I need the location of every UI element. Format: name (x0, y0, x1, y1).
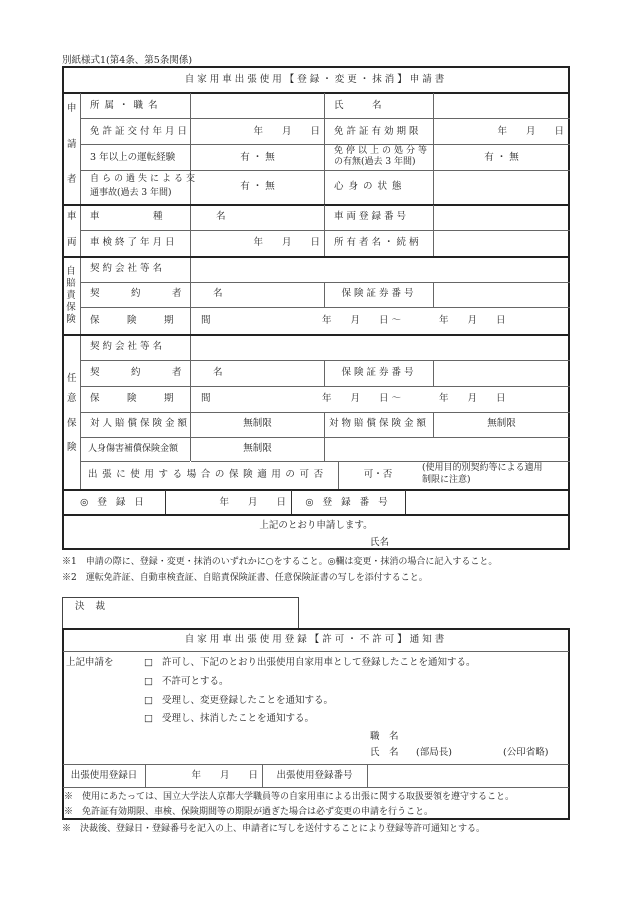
vol-period-field[interactable]: 年 月 日 〜 年 月 日 (322, 393, 506, 405)
experience-yes-no[interactable]: 有 ・ 無 (191, 152, 324, 164)
suspension-label-2: の有無(過去 3 年間) (334, 157, 415, 168)
decision-label: 決 裁 (75, 601, 109, 613)
signature-field[interactable] (392, 533, 562, 549)
health-field[interactable] (434, 171, 569, 203)
business-use-label: 出張に使用する場合の保険適用の可否 (88, 469, 328, 481)
license-expiry-label: 免許証有効期限 (334, 126, 422, 138)
inspection-date-field[interactable]: 年 月 日 (200, 237, 320, 249)
accident-label-2: 通事故(過去 3 年間) (90, 188, 171, 199)
note-1: ※1 申請の際に、登録・変更・抹消のいずれかに○をすること。◎欄は変更・抹消の場… (62, 556, 497, 568)
affiliation-field[interactable] (191, 94, 324, 118)
option-4-label: 受理し、抹消したことを通知する。 (162, 713, 314, 725)
suspension-yes-no[interactable]: 有 ・ 無 (434, 152, 569, 164)
personal-injury-value: 無制限 (191, 443, 324, 455)
vol-period-label: 保 険 期 間 (90, 393, 220, 405)
option-2-checkbox[interactable]: □ (144, 676, 153, 688)
vol-contractor-field[interactable] (191, 361, 324, 386)
property-label: 対物賠償保険金額 (325, 418, 433, 430)
owner-field[interactable] (434, 231, 569, 256)
signature-label: 氏名 (370, 537, 389, 549)
car-model-field[interactable] (191, 205, 324, 230)
option-1-label: 許可し、下記のとおり出張使用自家用車として登録したことを通知する。 (162, 657, 476, 669)
dept-head-label: (部局長) (416, 747, 452, 759)
affiliation-label: 所属・職名 (90, 100, 163, 112)
voluntary-section-4: 険 (67, 442, 77, 454)
position-label: 職 名 (370, 731, 399, 743)
plate-field[interactable] (434, 205, 569, 230)
cali-period-label: 保 険 期 間 (90, 315, 220, 327)
property-value: 無制限 (434, 418, 569, 430)
reg-date-label: ◎ 登 録 日 (62, 497, 165, 509)
license-issue-label: 免許証交付年月日 (90, 126, 190, 138)
cali-company-label: 契約会社等名 (90, 263, 165, 275)
vol-company-field[interactable] (191, 336, 569, 360)
name-field[interactable] (434, 94, 569, 118)
name-label: 氏 名 (334, 100, 424, 112)
application-title: 自家用車出張使用【登録・変更・抹消】申請書 (62, 74, 570, 86)
option-4-checkbox[interactable]: □ (144, 713, 153, 725)
applicant-section-3: 者 (67, 174, 77, 186)
cali-company-field[interactable] (191, 258, 569, 282)
reg-date-field[interactable]: 年 月 日 (170, 497, 286, 509)
license-issue-date-field[interactable]: 年 月 日 (200, 126, 320, 138)
option-3-label: 受理し、変更登録したことを通知する。 (162, 695, 333, 707)
vol-company-label: 契約会社等名 (90, 341, 165, 353)
option-1-checkbox[interactable]: □ (144, 657, 153, 669)
accident-yes-no[interactable]: 有 ・ 無 (191, 181, 324, 193)
notice-reg-no-field[interactable] (368, 765, 569, 787)
cali-section: 自賠責保険 (65, 266, 77, 326)
option-2-label: 不許可とする。 (162, 676, 229, 688)
voluntary-section-1: 任 (67, 373, 77, 385)
license-expiry-date-field[interactable]: 年 月 日 (440, 126, 564, 138)
seal-omitted-label: (公印省略) (503, 747, 548, 759)
notice-note-1: ※ 使用にあたっては、国立大学法人京都大学職員等の自家用車による出張に関する取扱… (64, 791, 514, 803)
notice-lead: 上記申請を (66, 657, 114, 669)
accident-label-1: 自らの過失による交 (90, 174, 198, 185)
reg-no-field[interactable] (406, 491, 569, 514)
notice-note-2: ※ 免許証有効期限、車検、保険期間等の期限が過ぎた場合は必ず変更の申請を行うこと… (64, 806, 433, 818)
plate-label: 車両登録番号 (334, 211, 409, 223)
applicant-section-1: 申 (67, 103, 77, 115)
notice-reg-date-field[interactable]: 年 月 日 (150, 770, 258, 782)
notice-reg-date-label: 出張使用登録日 (63, 770, 145, 782)
approver-name-label: 氏 名 (370, 747, 399, 759)
vehicle-section-2: 両 (67, 237, 77, 249)
vol-policy-no-field[interactable] (434, 361, 569, 386)
voluntary-section-3: 保 (67, 418, 77, 430)
business-use-ok[interactable]: 可・否 (338, 469, 418, 481)
business-use-note-1: (使用目的別契約等による適用 (422, 463, 543, 474)
cali-period-field[interactable]: 年 月 日 〜 年 月 日 (322, 315, 506, 327)
reg-no-label: ◎ 登 録 番 号 (291, 497, 405, 509)
notice-reg-no-label: 出張使用登録番号 (262, 770, 367, 782)
declaration-text: 上記のとおり申請します。 (62, 520, 570, 532)
applicant-section-2: 請 (67, 139, 77, 151)
option-3-checkbox[interactable]: □ (144, 695, 153, 707)
cali-policy-no-field[interactable] (434, 283, 569, 307)
cali-contractor-field[interactable] (191, 283, 324, 307)
owner-label: 所有者名・続柄 (334, 237, 422, 249)
cali-policy-no-label: 保険証券番号 (325, 288, 433, 300)
note-2: ※2 運転免許証、自動車検査証、自賠責保険証書、任意保険証書の写しを添付すること… (62, 572, 428, 584)
notice-title: 自家用車出張使用登録【許可・不許可】通知書 (62, 634, 570, 646)
footer-note: ※ 決裁後、登録日・登録番号を記入の上、申請者に写しを送付することにより登録等許… (62, 823, 485, 835)
inspection-label: 車検終了年月日 (90, 237, 178, 249)
voluntary-section-2: 意 (67, 393, 77, 405)
vol-policy-no-label: 保険証券番号 (325, 367, 433, 379)
vehicle-section-1: 車 (67, 211, 77, 223)
bodily-label: 対人賠償保険金額 (90, 418, 190, 430)
car-model-label: 車 種 名 (90, 211, 182, 223)
health-label: 心身の状態 (334, 181, 407, 193)
bodily-value: 無制限 (191, 418, 324, 430)
experience-label: 3 年以上の運転経験 (90, 152, 175, 164)
personal-injury-label: 人身傷害補償保険金額 (88, 444, 178, 455)
suspension-label-1: 免停以上の処分等 (334, 146, 430, 157)
business-use-note-2: 制限に注意) (422, 475, 471, 486)
